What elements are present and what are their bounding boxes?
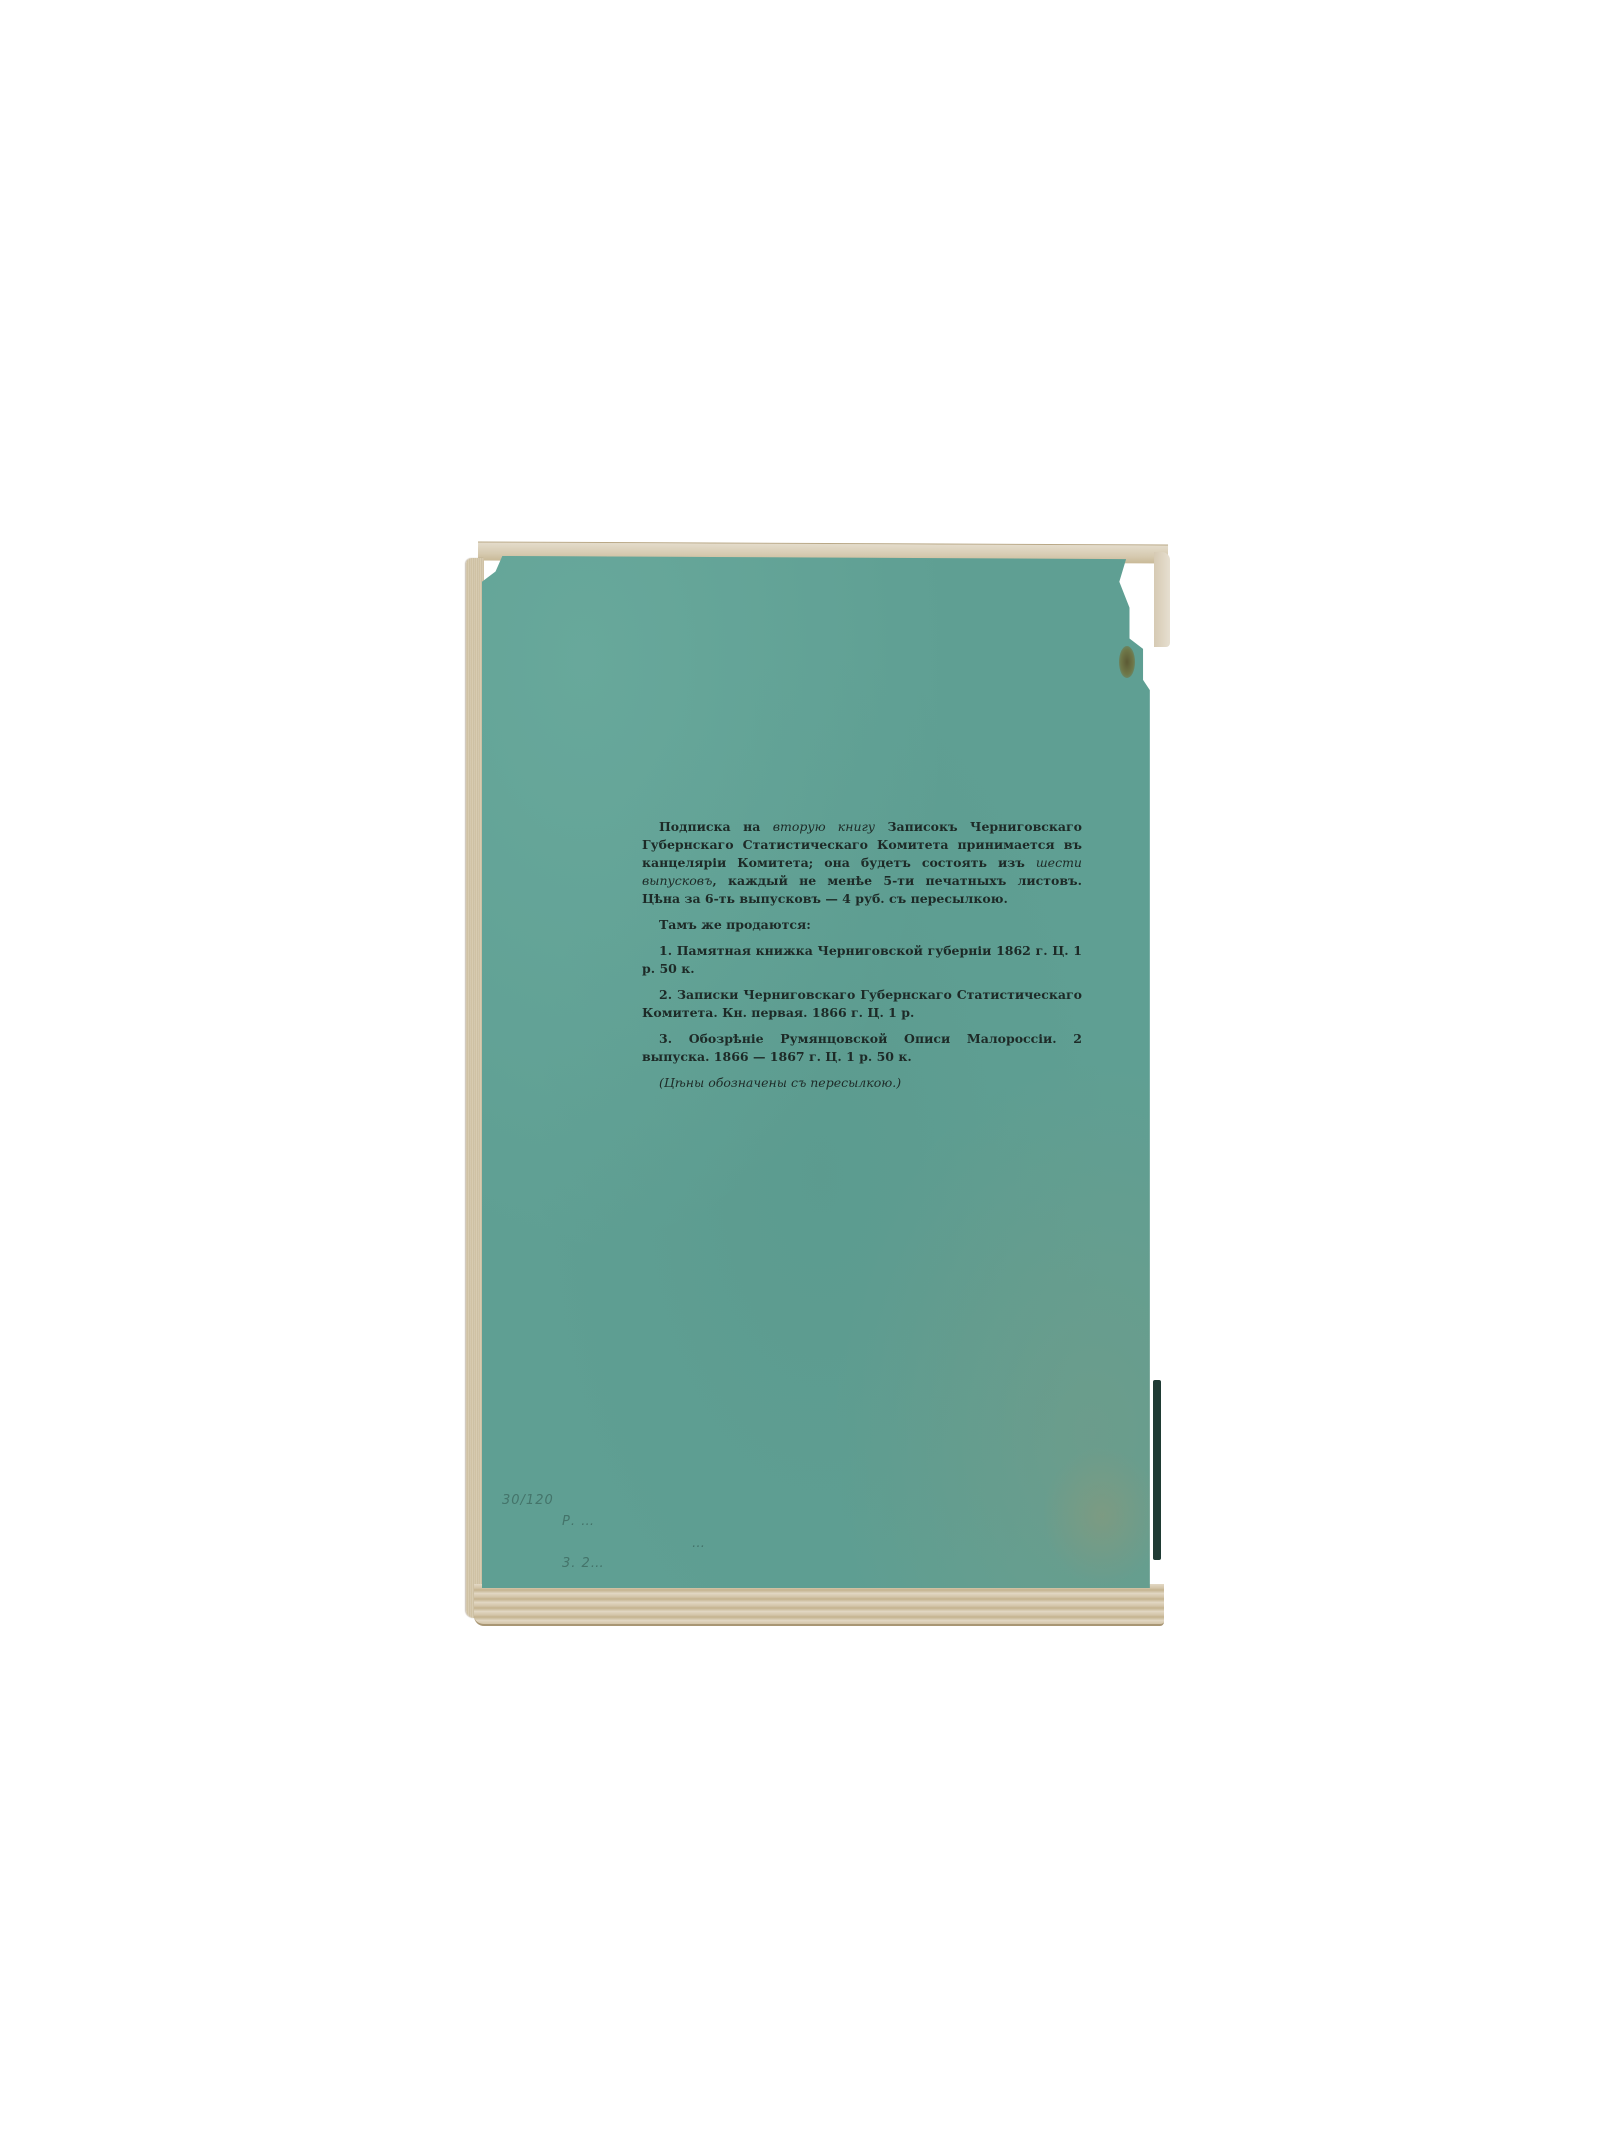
price-note: (Цѣны обозначены съ пересылкою.): [642, 1074, 1082, 1092]
torn-corner-page-edges: [1154, 552, 1170, 647]
bottom-page-edges: [474, 1584, 1164, 1626]
pencil-scribble: …: [692, 1536, 706, 1551]
list-item: 1. Памятная книжка Черниговской губерніи…: [642, 942, 1082, 978]
back-cover: Подписка на вторую книгу Записокъ Черниг…: [482, 556, 1160, 1588]
cover-text-block: Подписка на вторую книгу Записокъ Черниг…: [642, 818, 1082, 1100]
sold-heading: Тамъ же продаются:: [642, 916, 1082, 934]
stain-mark: [1119, 646, 1135, 678]
list-item: 2. Записки Черниговскаго Губернскаго Ста…: [642, 986, 1082, 1022]
subscription-paragraph: Подписка на вторую книгу Записокъ Черниг…: [642, 818, 1082, 908]
book: Подписка на вторую книгу Записокъ Черниг…: [464, 540, 1174, 1630]
left-page-edges: [466, 558, 484, 1618]
pencil-scribble: 3. 2…: [562, 1556, 605, 1571]
list-item: 3. Обозрѣніе Румянцовской Описи Малоросс…: [642, 1030, 1082, 1066]
right-edge-shadow: [1153, 1380, 1161, 1560]
water-stain: [1042, 1446, 1162, 1586]
pencil-scribble: Р. …: [562, 1514, 595, 1529]
emphasis-second-book: вторую книгу: [773, 819, 875, 834]
pencil-fraction-mark: 30/120: [502, 1494, 554, 1508]
